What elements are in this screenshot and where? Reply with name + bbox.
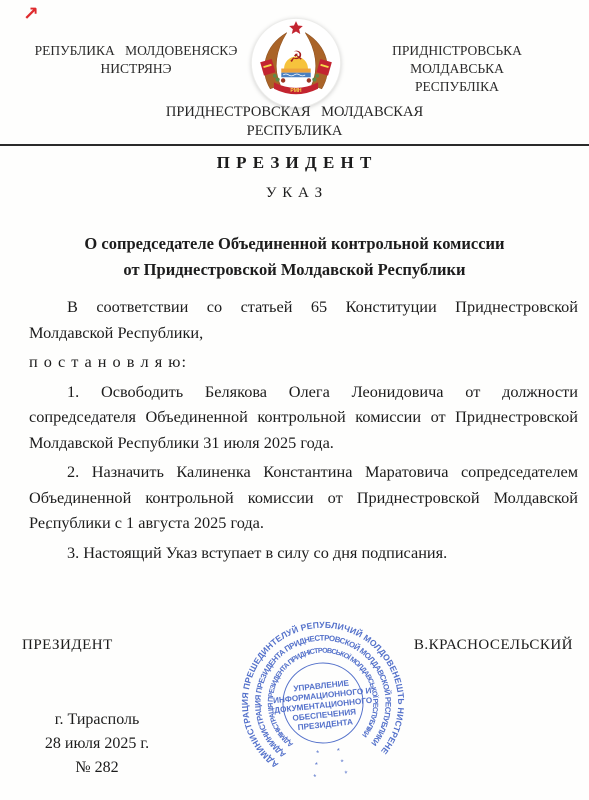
header-ukrainian: ПРИДНІСТРОВСЬКА МОЛДАВСЬКА РЕСПУБЛІКА bbox=[346, 42, 568, 96]
signature-name: В.КРАСНОСЕЛЬСКИЙ bbox=[414, 637, 573, 654]
decree-subject-line1: О сопредседателе Объединенной контрольно… bbox=[0, 231, 589, 257]
header-moldovan-line2: НИСТРЯНЭ bbox=[30, 60, 242, 78]
stamp-star: * bbox=[344, 769, 348, 778]
header-ukrainian-line2: РЕСПУБЛІКА bbox=[346, 78, 568, 96]
scan-ink-dot bbox=[46, 526, 49, 529]
document-type-title: У К А З bbox=[0, 185, 589, 202]
emblem-ribbon-text: РМН bbox=[290, 88, 302, 94]
footer-date: 28 июля 2025 г. bbox=[38, 732, 156, 756]
decree-body: В соответствии со статьей 65 Конституции… bbox=[29, 294, 578, 565]
decree-document: ↗ РЕПУБЛИКА МОЛДОВЕНЯСКЭ НИСТРЯНЭ ☭ bbox=[0, 0, 589, 800]
footer-city: г. Тирасполь bbox=[38, 708, 156, 732]
decree-subject: О сопредседателе Объединенной контрольно… bbox=[0, 231, 589, 283]
place-date-block: г. Тирасполь 28 июля 2025 г. № 282 bbox=[38, 708, 156, 780]
hammer-sickle-icon: ☭ bbox=[289, 47, 303, 66]
decree-subject-line2: от Приднестровской Молдавской Республики bbox=[0, 257, 589, 283]
paragraph-3: 3. Настоящий Указ вступает в силу со дня… bbox=[29, 540, 578, 566]
stamp-star: * bbox=[314, 760, 318, 769]
header-ukrainian-line1: ПРИДНІСТРОВСЬКА МОЛДАВСЬКА bbox=[346, 42, 568, 78]
document-issuer-title: П Р Е З И Д Е Н Т bbox=[0, 153, 589, 173]
footer-number: № 282 bbox=[38, 756, 156, 780]
signature-title: ПРЕЗИДЕНТ bbox=[22, 637, 113, 654]
official-stamp: АДМИНИСТРАЦИЯ ПРЕШЕДИНТЕЛУЙ РЕПУБЛИЧИЙ М… bbox=[232, 612, 414, 794]
coat-of-arms-icon: ☭ РМН bbox=[250, 17, 342, 109]
header-divider bbox=[0, 144, 589, 146]
red-arrow-mark: ↗ bbox=[23, 3, 39, 25]
stamp-star: * bbox=[340, 758, 344, 767]
header-moldovan-line1: РЕПУБЛИКА МОЛДОВЕНЯСКЭ bbox=[30, 42, 242, 60]
header-russian-line1: ПРИДНЕСТРОВСКАЯ МОЛДАВСКАЯ bbox=[0, 103, 589, 122]
intro-paragraph: В соответствии со статьей 65 Конституции… bbox=[29, 294, 578, 345]
stamp-star: * bbox=[316, 748, 320, 757]
resolve-line: п о с т а н о в л я ю: bbox=[29, 349, 578, 375]
paragraph-1: 1. Освободить Белякова Олега Леонидовича… bbox=[29, 379, 578, 456]
stamp-star: * bbox=[313, 772, 317, 781]
header-moldovan: РЕПУБЛИКА МОЛДОВЕНЯСКЭ НИСТРЯНЭ bbox=[30, 42, 242, 78]
header-russian-line2: РЕСПУБЛИКА bbox=[0, 122, 589, 141]
stamp-star: * bbox=[337, 746, 341, 755]
header-russian: ПРИДНЕСТРОВСКАЯ МОЛДАВСКАЯ РЕСПУБЛИКА bbox=[0, 103, 589, 141]
paragraph-2: 2. Назначить Калиненка Константина Марат… bbox=[29, 459, 578, 536]
